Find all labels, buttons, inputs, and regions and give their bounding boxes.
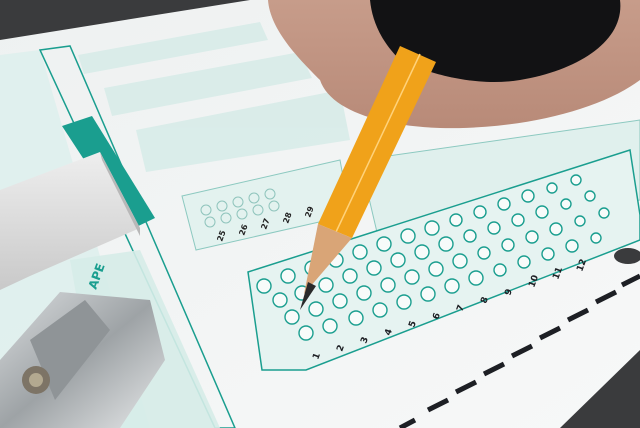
photo-scene: APE 25 26 27 28 29 1 2 — [0, 0, 640, 428]
scene-illustration: APE 25 26 27 28 29 1 2 — [0, 0, 640, 428]
